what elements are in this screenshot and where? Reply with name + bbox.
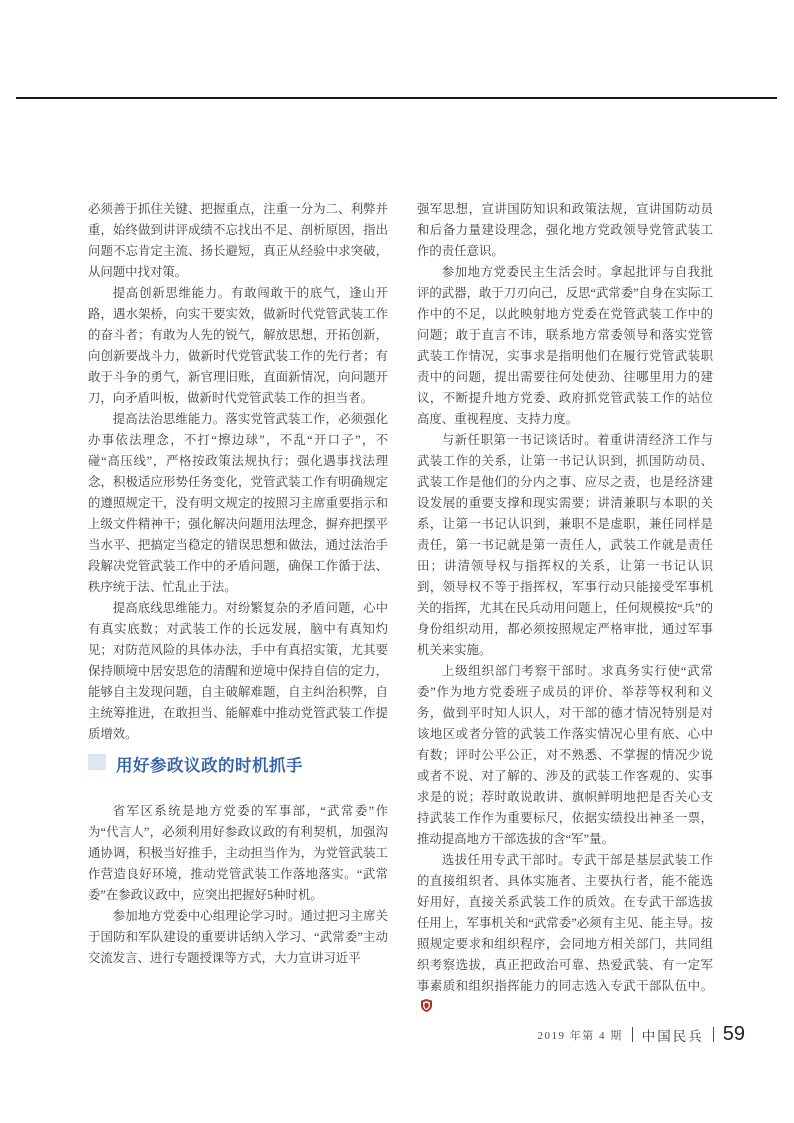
paragraph-text: 选拔任用专武干部时。专武干部是基层武装工作的直接组织者、具体实施者、主要执行者，…	[417, 853, 713, 993]
magazine-page: { "article": { "left_column": { "paragra…	[0, 0, 794, 1123]
body-paragraph: 参加地方党委民主生活会时。拿起批评与自我批评的武器，敢于刀刃向己，反思“武常委”…	[417, 262, 713, 430]
section-heading-row: 用好参政议政的时机抓手	[88, 754, 388, 780]
body-paragraph: 强军思想，宣讲国防知识和政策法规，宣讲国防动员和后备力量建设理念，强化地方党政领…	[417, 199, 713, 262]
body-paragraph: 必须善于抓住关键、把握重点，注重一分为二、利弊并重，始终做到讲评成绩不忘找出不足…	[88, 199, 388, 283]
footer-divider	[713, 1027, 714, 1042]
article-end-shield-icon	[421, 999, 432, 1012]
footer-page-number: 59	[723, 1023, 745, 1046]
body-paragraph: 与新任职第一书记谈话时。着重讲清经济工作与武装工作的关系，让第一书记认识到，抓国…	[417, 430, 713, 661]
left-column: 必须善于抓住关键、把握重点，注重一分为二、利弊并重，始终做到讲评成绩不忘找出不足…	[88, 199, 388, 969]
body-paragraph: 上级组织部门考察干部时。求真务实行使“武常委”作为地方党委班子成员的评价、举荐等…	[417, 661, 713, 850]
footer-magazine-title: 中国民兵	[642, 1025, 704, 1045]
footer-issue-label: 2019 年第 4 期	[538, 1027, 623, 1043]
right-column: 强军思想，宣讲国防知识和政策法规，宣讲国防动员和后备力量建设理念，强化地方党政领…	[417, 199, 713, 1018]
page-footer: 2019 年第 4 期 中国民兵 59	[538, 1023, 746, 1046]
section-heading: 用好参政议政的时机抓手	[116, 754, 303, 778]
top-rule-divider	[16, 97, 777, 99]
body-paragraph: 提高底线思维能力。对纷繁复杂的矛盾问题，心中有真实底数；对武装工作的长远发展，脑…	[88, 598, 388, 745]
body-paragraph: 参加地方党委中心组理论学习时。通过把习主席关于国防和军队建设的重要讲话纳入学习、…	[88, 906, 388, 969]
footer-divider	[632, 1027, 633, 1042]
body-paragraph: 提高创新思维能力。有敢闯敢干的底气，逢山开路，遇水架桥，向实干要实效，做新时代党…	[88, 283, 388, 409]
heading-marker-square	[88, 754, 106, 770]
body-paragraph: 提高法治思维能力。落实党管武装工作，必须强化办事依法理念，不打“擦边球”，不乱“…	[88, 409, 388, 598]
body-paragraph: 省军区系统是地方党委的军事部，“武常委”作为“代言人”，必须利用好参政议政的有利…	[88, 801, 388, 906]
body-paragraph: 选拔任用专武干部时。专武干部是基层武装工作的直接组织者、具体实施者、主要执行者，…	[417, 850, 713, 1018]
